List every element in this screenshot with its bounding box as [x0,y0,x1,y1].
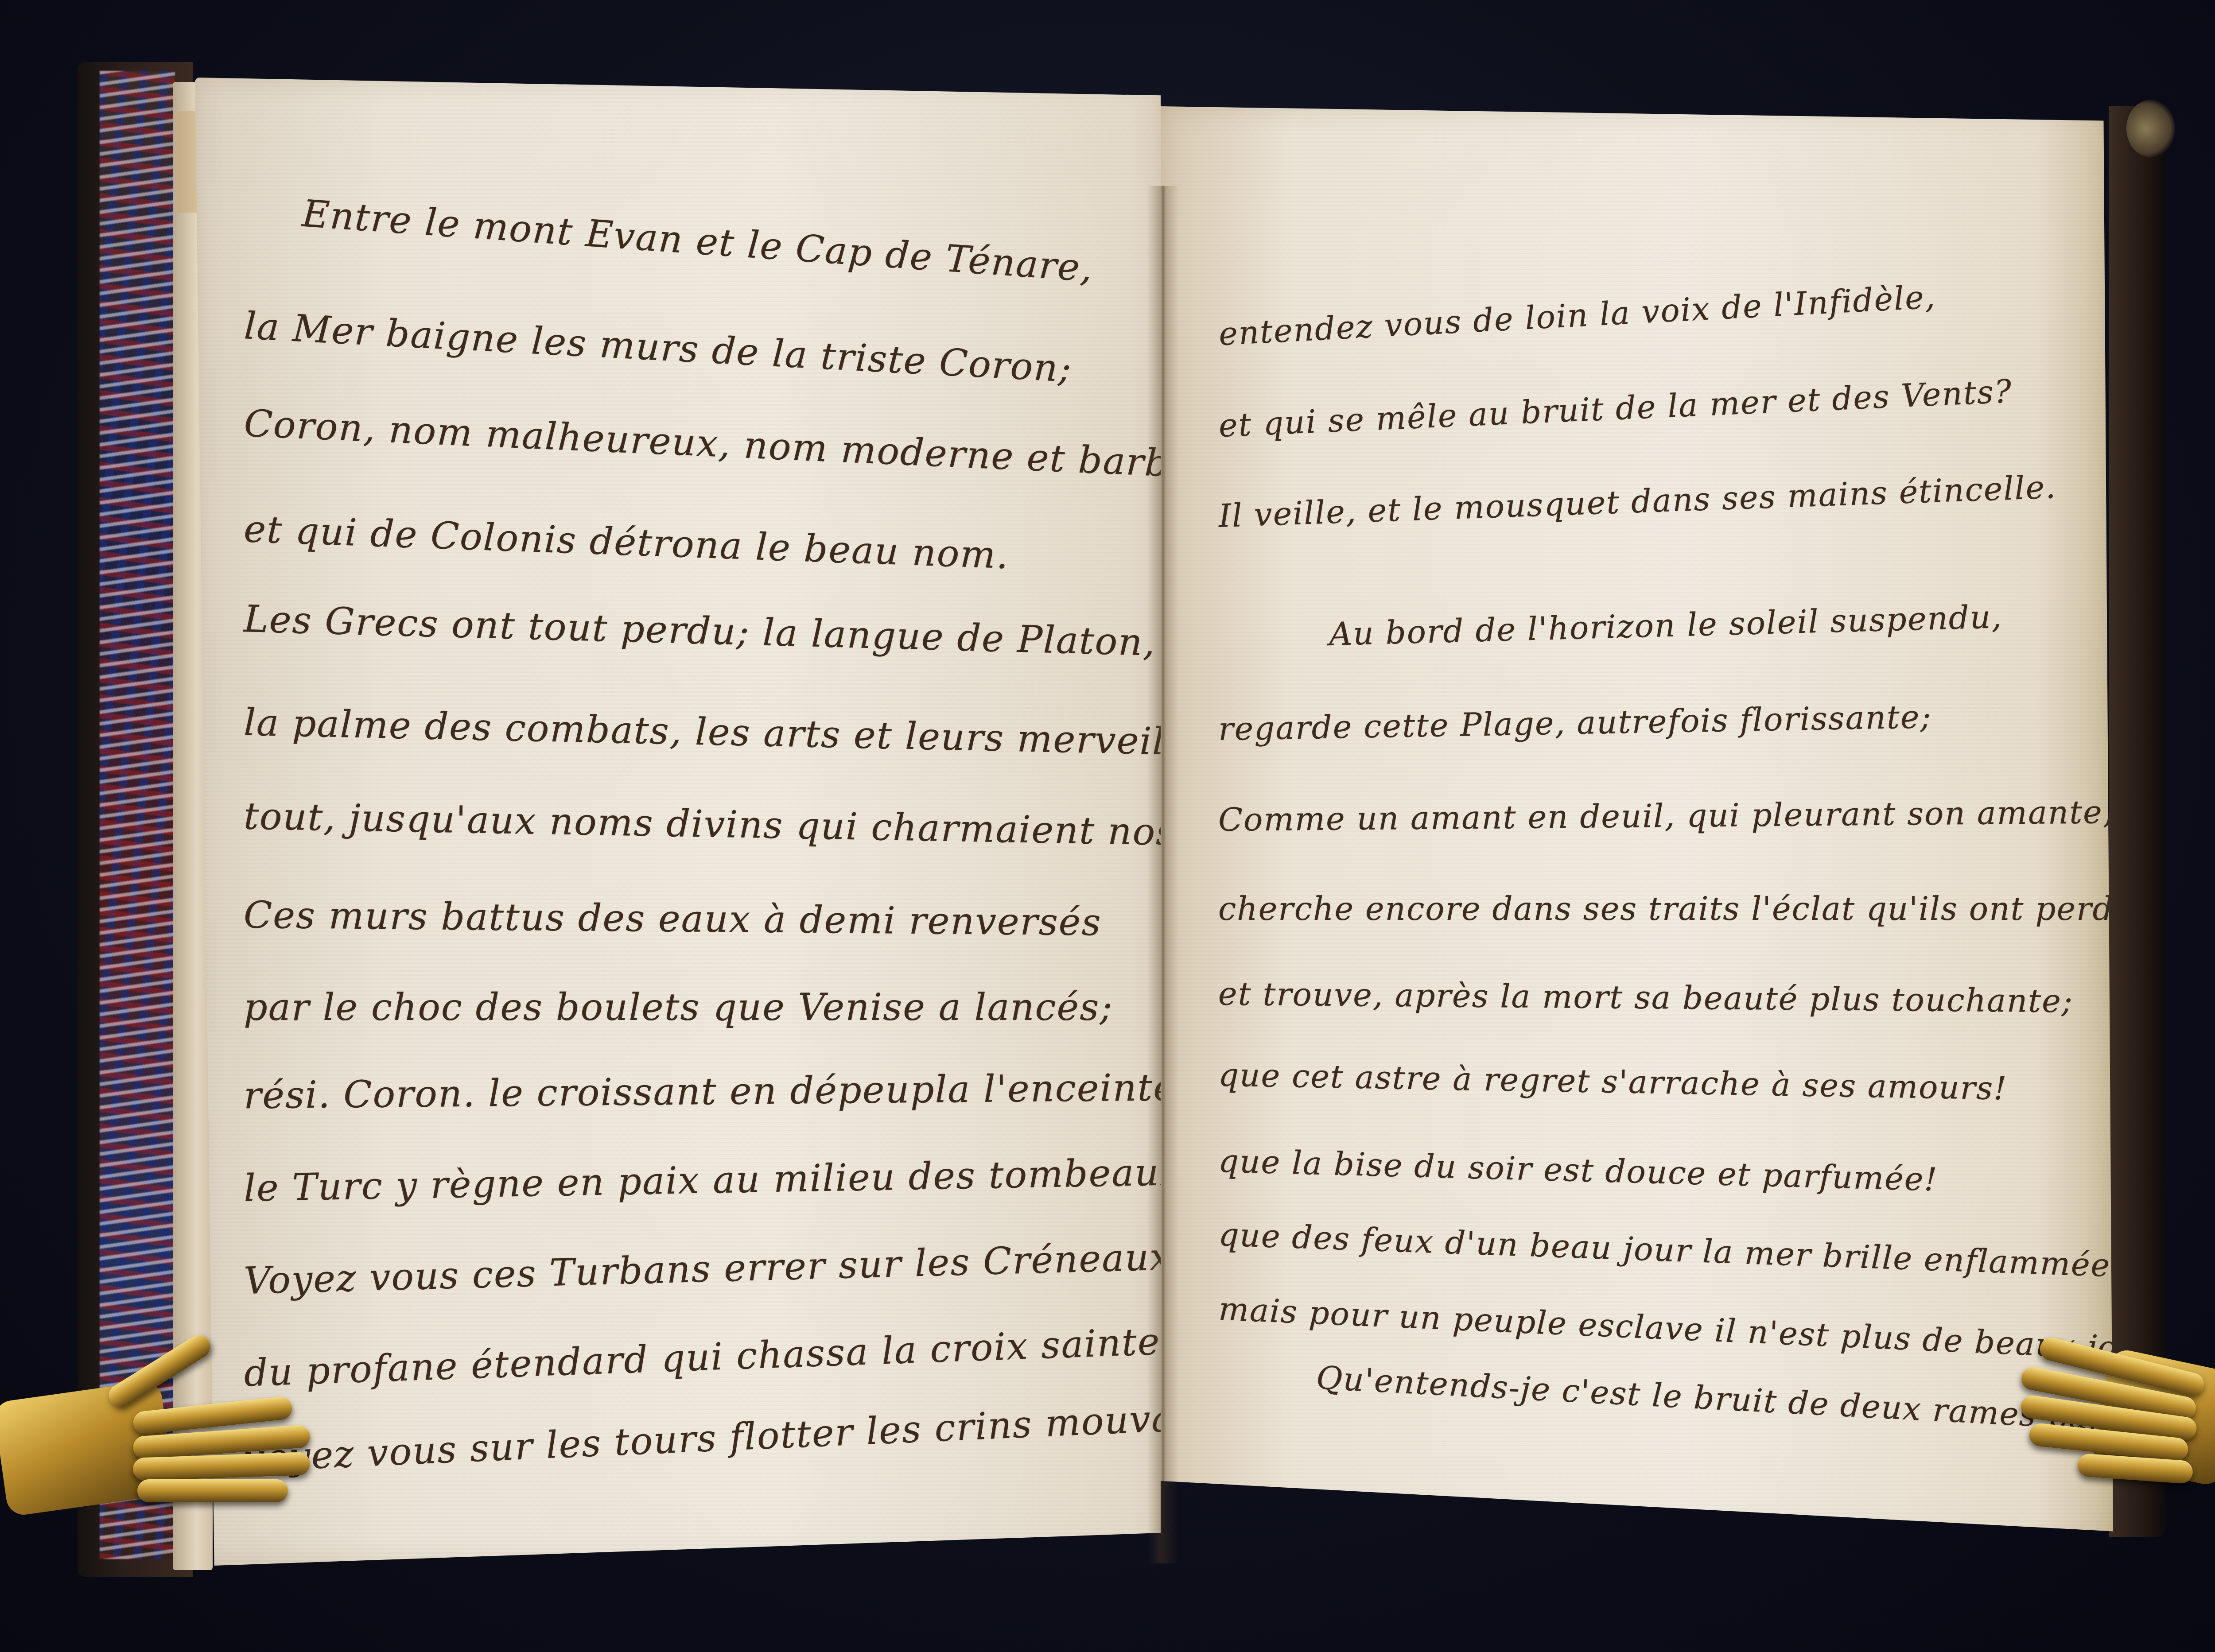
brass-hand-bookholder-left [0,1342,319,1563]
manuscript-line: par le choc des boulets que Venise a lan… [244,985,1113,1029]
manuscript-line: Comme un amant en deuil, qui pleurant so… [1218,793,2114,838]
manuscript-line: regarde cette Plage, autrefois florissan… [1218,698,1932,748]
manuscript-line: et qui se mêle au bruit de la mer et des… [1218,372,2013,444]
manuscript-line: Il veille, et le mousquet dans ses mains… [1218,468,2057,535]
worn-cover-corner [2126,100,2175,157]
manuscript-line: Coron, nom malheureux, nom moderne et ba… [243,401,1235,488]
stanza-opening-line: Au bord de l'horizon le soleil suspendu, [1329,598,2003,653]
manuscript-line: que cet astre à regret s'arrache à ses a… [1218,1056,2007,1107]
brass-finger [137,1479,288,1502]
manuscript-line: que des feux d'un beau jour la mer brill… [1218,1216,2111,1284]
manuscript-line: le Turc y règne en paix au milieu des to… [243,1150,1195,1210]
left-page: Entre le mont Evan et le Cap de Ténare, … [195,78,1161,1566]
manuscript-line: et qui de Colonis détrona le beau nom. [243,507,1010,577]
manuscript-line: Voyez vous ces Turbans errer sur les Cré… [243,1234,1193,1303]
manuscript-line: voyez vous sur les tours flotter les cri… [243,1393,1241,1480]
marbled-endpaper [100,71,175,1559]
manuscript-line: et trouve, après la mort sa beauté plus … [1218,975,2074,1020]
photo-scene: Entre le mont Evan et le Cap de Ténare, … [0,0,2215,1652]
right-page: entendez vous de loin la voix de l'Infid… [1161,106,2113,1546]
manuscript-line: Les Grecs ont tout perdu; la langue de P… [243,597,1156,664]
brass-hand-bookholder-right [2020,1293,2215,1515]
manuscript-line: la Mer baigne les murs de la triste Coro… [243,304,1073,391]
book-gutter [1147,186,1178,1563]
manuscript-line: rési. Coron. le croissant en dépeupla l'… [244,1066,1189,1117]
manuscript-line: entendez vous de loin la voix de l'Infid… [1218,278,1937,353]
manuscript-line: Entre le mont Evan et le Cap de Ténare, [301,192,1095,291]
manuscript-line: la palme des combats, les arts et leurs … [243,701,1235,765]
manuscript-line: que la bise du soir est douce et parfumé… [1218,1142,1938,1198]
manuscript-line: Ces murs battus des eaux à demi renversé… [244,893,1102,944]
manuscript-line: du profane étendard qui chassa la croix … [243,1319,1174,1395]
manuscript-line: cherche encore dans ses traits l'éclat q… [1218,890,2146,927]
